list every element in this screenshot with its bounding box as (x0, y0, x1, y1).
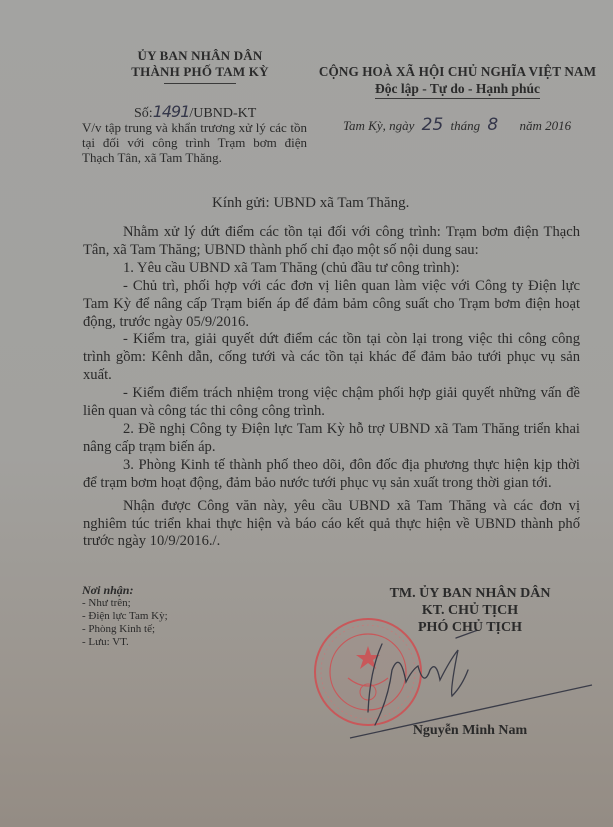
date-year: năm 2016 (519, 118, 571, 133)
signer-name: Nguyễn Minh Nam (330, 722, 610, 739)
doc-number-handwritten: 1491 (153, 102, 190, 121)
date-day: 25 (422, 115, 444, 135)
signer-org: TM. ỦY BAN NHÂN DÂN (330, 585, 610, 602)
national-motto: Độc lập - Tự do - Hạnh phúc (375, 81, 540, 99)
document-subject: V/v tập trung và khẩn trương xử lý các t… (82, 120, 307, 165)
distribution-item: - Lưu: VT. (82, 636, 168, 649)
distribution-item: - Phòng Kinh tế; (82, 623, 168, 636)
issuing-authority: ỦY BAN NHÂN DÂN THÀNH PHỐ TAM KỲ (100, 48, 300, 84)
authority-underline (164, 83, 236, 84)
doc-number-suffix: /UBND-KT (189, 106, 256, 121)
recipient-line: Kính gửi: UBND xã Tam Thăng. (212, 195, 409, 212)
date-line: Tam Kỳ, ngày 25 tháng 8 năm 2016 (343, 115, 571, 135)
distribution-list: Nơi nhận: - Như trên; - Điện lực Tam Kỳ;… (82, 584, 168, 649)
body-paragraph: 3. Phòng Kinh tế thành phố theo dõi, đôn… (83, 457, 580, 493)
signature-block: TM. ỦY BAN NHÂN DÂN KT. CHỦ TỊCH PHÓ CHỦ… (330, 585, 610, 739)
authority-line-1: ỦY BAN NHÂN DÂN (100, 48, 300, 64)
body-paragraph: Nhằm xử lý dứt điểm các tồn tại đối với … (83, 224, 580, 260)
signer-role-1: KT. CHỦ TỊCH (330, 602, 610, 619)
national-heading: CỘNG HOÀ XÃ HỘI CHỦ NGHĨA VIỆT NAM Độc l… (305, 64, 610, 99)
body-paragraph: - Kiểm điểm trách nhiệm trong việc chậm … (83, 385, 580, 421)
signer-role-2: PHÓ CHỦ TỊCH (330, 619, 610, 636)
document-body: Nhằm xử lý dứt điểm các tồn tại đối với … (83, 212, 580, 551)
body-paragraph: 1. Yêu cầu UBND xã Tam Thăng (chủ đầu tư… (83, 260, 580, 278)
body-paragraph: Nhận được Công văn này, yêu cầu UBND xã … (83, 498, 580, 552)
authority-line-2: THÀNH PHỐ TAM KỲ (100, 64, 300, 80)
date-place: Tam Kỳ, ngày (343, 118, 414, 133)
distribution-title: Nơi nhận: (82, 584, 168, 597)
date-month: 8 (487, 115, 498, 135)
body-paragraph: 2. Đề nghị Công ty Điện lực Tam Kỳ hỗ tr… (83, 421, 580, 457)
body-paragraph: - Chủ trì, phối hợp với các đơn vị liên … (83, 278, 580, 332)
body-paragraph: - Kiểm tra, giải quyết dứt điểm các tồn … (83, 331, 580, 385)
date-month-label: tháng (451, 118, 481, 133)
distribution-item: - Như trên; (82, 597, 168, 610)
distribution-item: - Điện lực Tam Kỳ; (82, 610, 168, 623)
doc-number-prefix: Số: (134, 106, 153, 121)
national-title: CỘNG HOÀ XÃ HỘI CHỦ NGHĨA VIỆT NAM (305, 64, 610, 80)
document-number: Số:1491/UBND-KT (134, 102, 256, 122)
